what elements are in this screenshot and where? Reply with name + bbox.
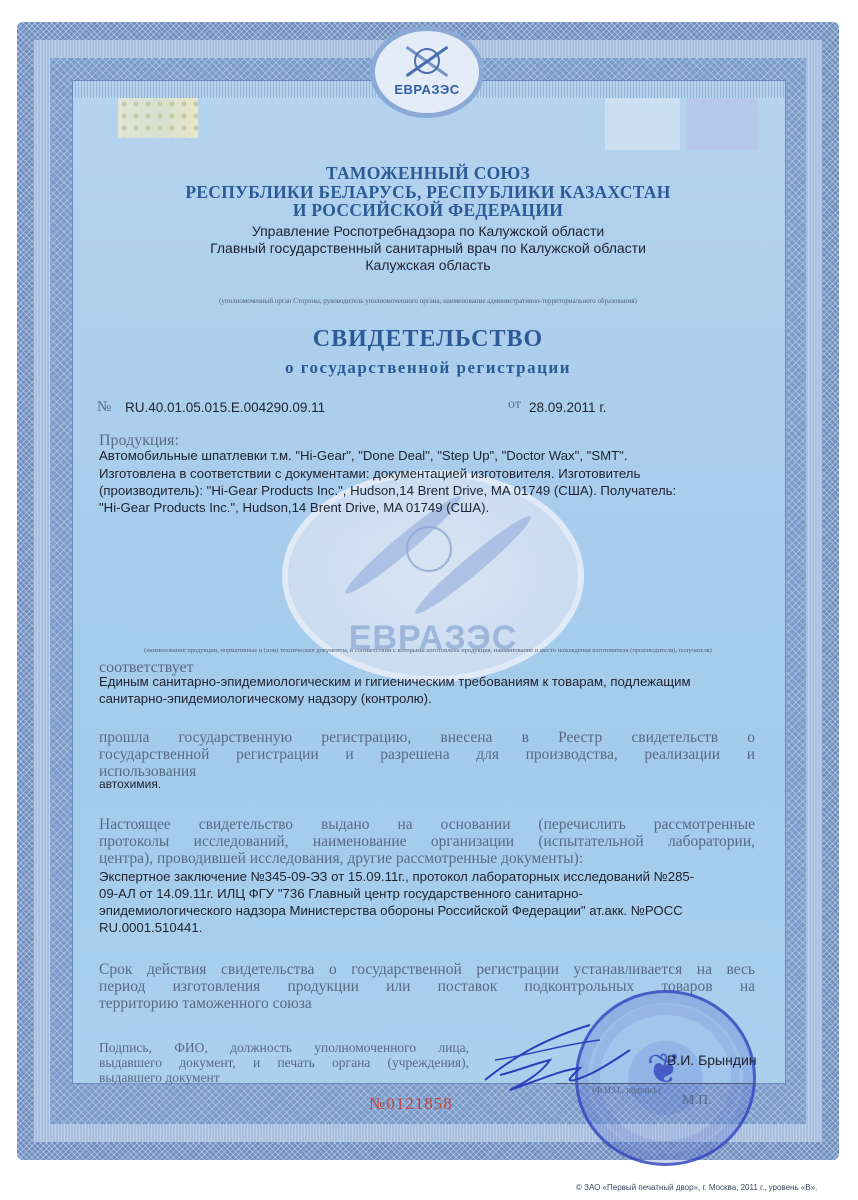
product-line-3: (производитель): "Hi-Gear Products Inc."… [99, 482, 676, 500]
conformity-line-1: Единым санитарно-эпидемиологическим и ги… [99, 673, 691, 691]
basis-intro-line-3: центра), проводившей исследования, други… [99, 850, 583, 868]
authority-caption: (уполномоченный орган Стороны, руководит… [72, 297, 784, 305]
number-label: № [97, 399, 111, 416]
basis-intro-line-2: протоколы исследований, наименование орг… [99, 833, 755, 851]
eurasec-emblem-icon: ЕВРАЗЭС [368, 26, 486, 118]
conformity-line-2: санитарно-эпидемиологическому надзору (к… [99, 690, 432, 708]
product-line-2: Изготовлена в соответствии с документами… [99, 465, 640, 483]
signer-name: В.И. Брындин [667, 1052, 757, 1068]
statement-line-1: прошла государственную регистрацию, внес… [99, 729, 755, 747]
basis-detail-line-4: RU.0001.510441. [99, 919, 202, 937]
printer-credit: © ЗАО «Первый печатный двор», г. Москва,… [576, 1183, 817, 1192]
authority-line-3: Калужская область [72, 256, 784, 274]
product-line-1: Автомобильные шпатлевки т.м. "Hi-Gear", … [99, 447, 628, 465]
watermark-globe-icon [406, 526, 452, 572]
union-title-line-2: РЕСПУБЛИКИ БЕЛАРУСЬ, РЕСПУБЛИКИ КАЗАХСТА… [72, 182, 784, 202]
registration-date: 28.09.2011 г. [529, 400, 606, 415]
validity-line-1: Срок действия свидетельства о государств… [99, 961, 755, 979]
hologram-right-1 [605, 98, 680, 150]
seal-mark: М.П. [682, 1093, 712, 1109]
validity-line-3: территорию таможенного союза [99, 995, 312, 1013]
product-line-4: "Hi-Gear Products Inc.", Hudson,14 Brent… [99, 499, 489, 517]
hologram-left [118, 98, 198, 138]
signature-label-line-2: выдавшего документ, и печать органа (учр… [99, 1055, 469, 1071]
document-title: СВИДЕТЕЛЬСТВО [72, 326, 784, 353]
basis-detail-line-2: 09-АЛ от 14.09.11г. ИЛЦ ФГУ "736 Главный… [99, 885, 583, 903]
basis-detail-line-1: Экспертное заключение №345-09-ЭЗ от 15.0… [99, 868, 694, 886]
union-title-line-1: ТАМОЖЕННЫЙ СОЮЗ [72, 163, 784, 183]
document-subtitle: о государственной регистрации [72, 358, 784, 378]
signature-label-line-3: выдавшего документ [99, 1070, 220, 1086]
basis-detail-line-3: эпидемиологического надзора Министерства… [99, 902, 683, 920]
registration-number: RU.40.01.05.015.E.004290.09.11 [125, 400, 325, 415]
authority-line-2: Главный государственный санитарный врач … [72, 239, 784, 257]
basis-intro-line-1: Настоящее свидетельство выдано на основа… [99, 816, 755, 834]
date-label: от [508, 397, 521, 413]
statement-line-2: государственной регистрации и разрешена … [99, 746, 755, 764]
globe-icon [414, 48, 440, 74]
form-serial-number: №0121858 [369, 1094, 453, 1114]
signature-line [555, 1083, 755, 1084]
signature-label-line-1: Подпись, ФИО, должность уполномоченного … [99, 1040, 469, 1056]
signer-caption: (Ф.И.О., подпись) [592, 1085, 661, 1095]
authority-line-1: Управление Роспотребнадзора по Калужской… [72, 222, 784, 240]
emblem-badge: ЕВРАЗЭС [370, 26, 484, 118]
emblem-label: ЕВРАЗЭС [394, 82, 459, 97]
usage-value: автохимия. [99, 777, 161, 791]
union-title-line-3: И РОССИЙСКОЙ ФЕДЕРАЦИИ [72, 200, 784, 220]
hologram-right-2 [686, 98, 758, 150]
product-caption: (наименование продукции, нормативные и (… [72, 647, 784, 654]
